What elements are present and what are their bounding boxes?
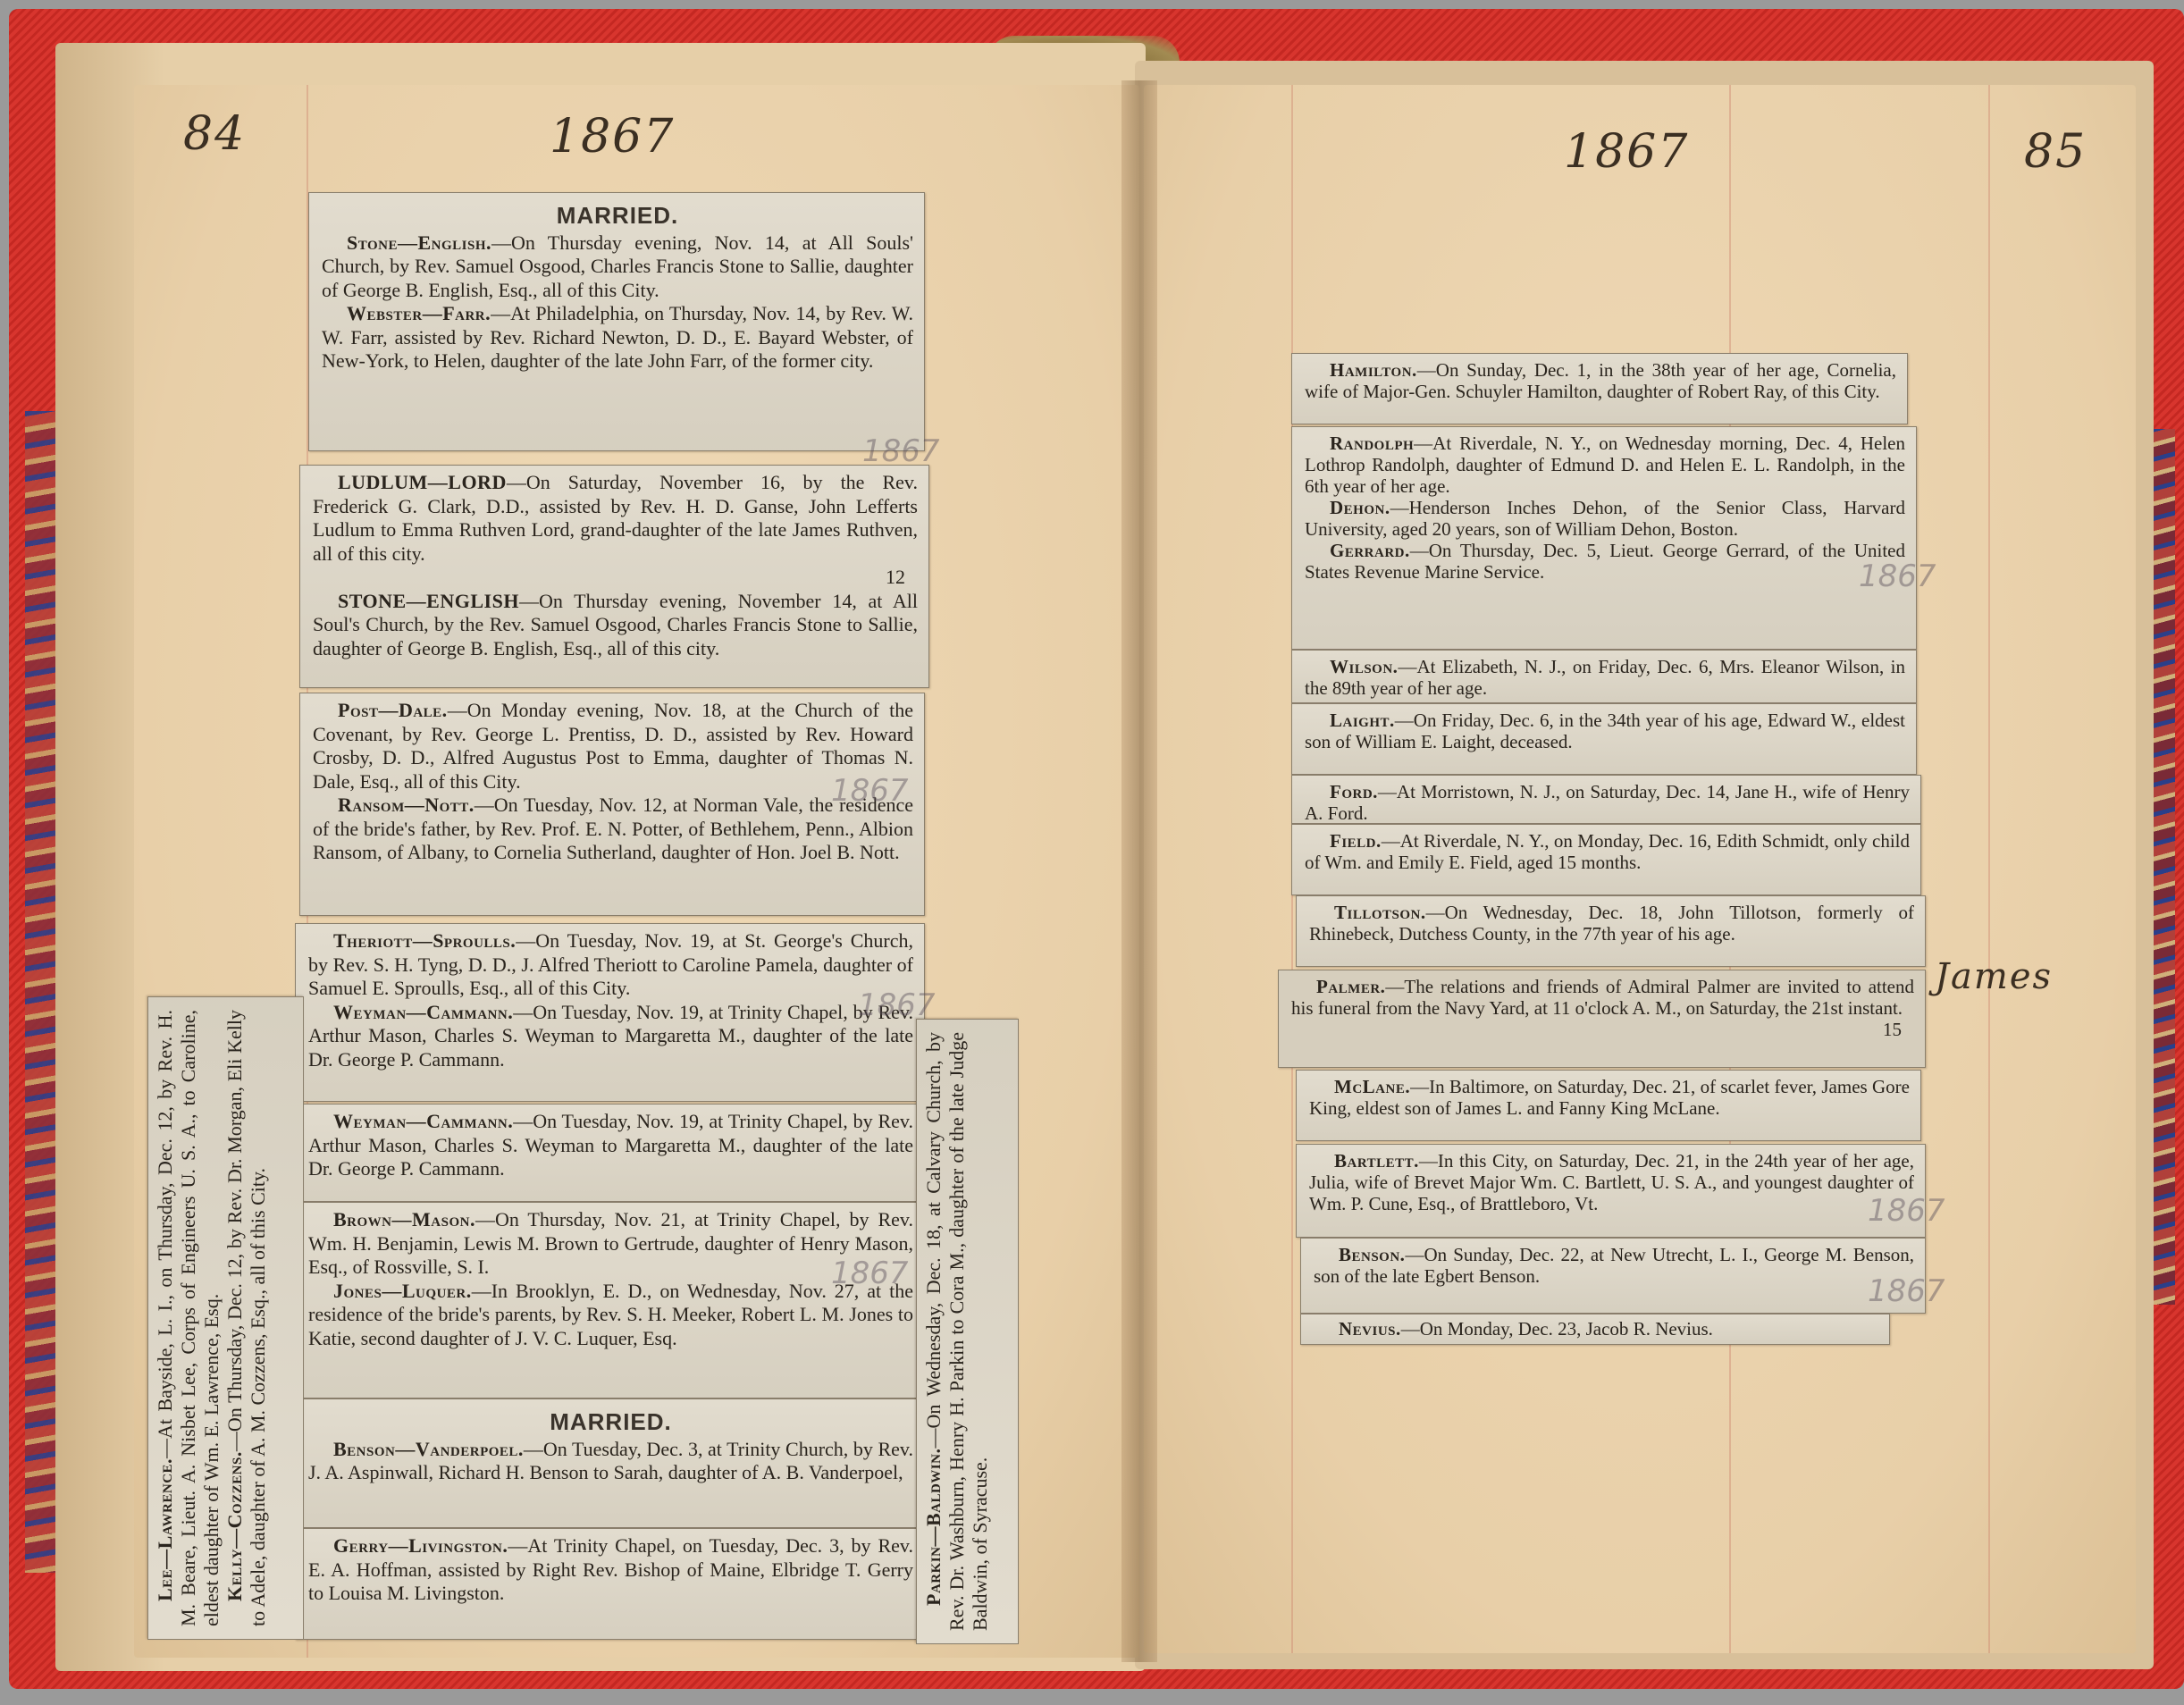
clipping: Ford.—At Morristown, N. J., on Saturday,… xyxy=(1291,775,1921,824)
clipping: Gerry—Livingston.—At Trinity Chapel, on … xyxy=(295,1528,925,1640)
notice: Weyman—Cammann.—On Tuesday, Nov. 19, at … xyxy=(308,1110,913,1181)
notice: Stone—English.—On Thursday evening, Nov.… xyxy=(322,231,913,303)
notice: Laight.—On Friday, Dec. 6, in the 34th y… xyxy=(1305,710,1905,752)
notice: Palmer.—The relations and friends of Adm… xyxy=(1291,976,1914,1019)
notice: Gerrard.—On Thursday, Dec. 5, Lieut. Geo… xyxy=(1305,540,1905,583)
notice: Theriott—Sproulls.—On Tuesday, Nov. 19, … xyxy=(308,929,913,1001)
notice: LUDLUM—LORD—On Saturday, November 16, by… xyxy=(313,471,918,566)
clipping: Tillotson.—On Wednesday, Dec. 18, John T… xyxy=(1296,895,1926,967)
notice: Benson.—On Sunday, Dec. 22, at New Utrec… xyxy=(1314,1244,1914,1287)
pencil-note: 1867 xyxy=(858,987,936,1023)
clipping: Brown—Mason.—On Thursday, Nov. 21, at Tr… xyxy=(295,1202,925,1398)
notice: Ransom—Nott.—On Tuesday, Nov. 12, at Nor… xyxy=(313,794,913,865)
notice: Brown—Mason.—On Thursday, Nov. 21, at Tr… xyxy=(308,1208,913,1280)
clipping: Wilson.—At Elizabeth, N. J., on Friday, … xyxy=(1291,650,1917,703)
margin-rule xyxy=(1988,85,1990,1653)
notice: Webster—Farr.—At Philadelphia, on Thursd… xyxy=(322,302,913,374)
clipping: MARRIED. Benson—Vanderpoel.—On Tuesday, … xyxy=(295,1398,925,1528)
page-number: 85 xyxy=(2024,125,2087,179)
notice: Lee—Lawrence.—At Bayside, L. I., on Thur… xyxy=(154,1010,223,1626)
notice: Tillotson.—On Wednesday, Dec. 18, John T… xyxy=(1309,902,1914,945)
notice: STONE—ENGLISH—On Thursday evening, Novem… xyxy=(313,590,918,661)
notice: Ford.—At Morristown, N. J., on Saturday,… xyxy=(1305,781,1910,824)
clipping-vertical: Lee—Lawrence.—At Bayside, L. I., on Thur… xyxy=(147,996,304,1640)
pencil-note: 1867 xyxy=(862,433,940,469)
notice: Jones—Luquer.—In Brooklyn, E. D., on Wed… xyxy=(308,1280,913,1351)
clipping: McLane.—In Baltimore, on Saturday, Dec. … xyxy=(1296,1070,1921,1141)
handwritten-note: James xyxy=(1935,956,2053,997)
page-number: 84 xyxy=(183,107,246,161)
clipping: Weyman—Cammann.—On Tuesday, Nov. 19, at … xyxy=(295,1104,925,1202)
notice: Wilson.—At Elizabeth, N. J., on Friday, … xyxy=(1305,656,1905,699)
notice: Kelly—Cozzens.—On Thursday, Dec. 12, by … xyxy=(223,1010,270,1626)
clipping: MARRIED. Stone—English.—On Thursday even… xyxy=(308,192,925,451)
pencil-note: 1867 xyxy=(1868,1193,1945,1229)
clipping: Randolph—At Riverdale, N. Y., on Wednesd… xyxy=(1291,426,1917,650)
right-page: 1867 85 Hamilton.—On Sunday, Dec. 1, in … xyxy=(1144,85,2136,1653)
clipping: Hamilton.—On Sunday, Dec. 1, in the 38th… xyxy=(1291,353,1908,424)
notice: Gerry—Livingston.—At Trinity Chapel, on … xyxy=(308,1534,913,1606)
notice: Weyman—Cammann.—On Tuesday, Nov. 19, at … xyxy=(308,1001,913,1072)
notice: Benson—Vanderpoel.—On Tuesday, Dec. 3, a… xyxy=(308,1438,913,1485)
page-year: 1867 xyxy=(1564,125,1689,179)
clipping: Bartlett.—In this City, on Saturday, Dec… xyxy=(1296,1144,1926,1238)
clipping: Field.—At Riverdale, N. Y., on Monday, D… xyxy=(1291,824,1921,895)
notice: Hamilton.—On Sunday, Dec. 1, in the 38th… xyxy=(1305,359,1896,402)
notice: McLane.—In Baltimore, on Saturday, Dec. … xyxy=(1309,1076,1910,1119)
notice: Field.—At Riverdale, N. Y., on Monday, D… xyxy=(1305,830,1910,873)
clipping: Nevius.—On Monday, Dec. 23, Jacob R. Nev… xyxy=(1300,1314,1890,1345)
pencil-note: 1867 xyxy=(831,773,909,809)
notice: Randolph—At Riverdale, N. Y., on Wednesd… xyxy=(1305,433,1905,497)
left-page: 84 1867 MARRIED. Stone—English.—On Thurs… xyxy=(134,85,1139,1658)
pencil-note: 1867 xyxy=(831,1256,909,1291)
clipping: Theriott—Sproulls.—On Tuesday, Nov. 19, … xyxy=(295,923,925,1102)
notice: Nevius.—On Monday, Dec. 23, Jacob R. Nev… xyxy=(1314,1318,1878,1340)
notice: Parkin—Baldwin.—On Wednesday, Dec. 18, a… xyxy=(922,1032,992,1631)
clipping-vertical: Parkin—Baldwin.—On Wednesday, Dec. 18, a… xyxy=(916,1019,1019,1644)
notice: Bartlett.—In this City, on Saturday, Dec… xyxy=(1309,1150,1914,1214)
clipping: Laight.—On Friday, Dec. 6, in the 34th y… xyxy=(1291,703,1917,775)
pencil-note: 1867 xyxy=(1859,559,1936,594)
pencil-note: 1867 xyxy=(1868,1273,1945,1309)
clipping: Benson.—On Sunday, Dec. 22, at New Utrec… xyxy=(1300,1238,1926,1314)
page-year: 1867 xyxy=(550,110,675,164)
clipping: Palmer.—The relations and friends of Adm… xyxy=(1278,970,1926,1068)
section-heading: MARRIED. xyxy=(322,204,913,228)
notice: Post—Dale.—On Monday evening, Nov. 18, a… xyxy=(313,699,913,794)
section-heading: MARRIED. xyxy=(308,1410,913,1434)
book-gutter xyxy=(1121,80,1157,1662)
notice: Dehon.—Henderson Inches Dehon, of the Se… xyxy=(1305,497,1905,540)
clipping: LUDLUM—LORD—On Saturday, November 16, by… xyxy=(299,465,929,688)
